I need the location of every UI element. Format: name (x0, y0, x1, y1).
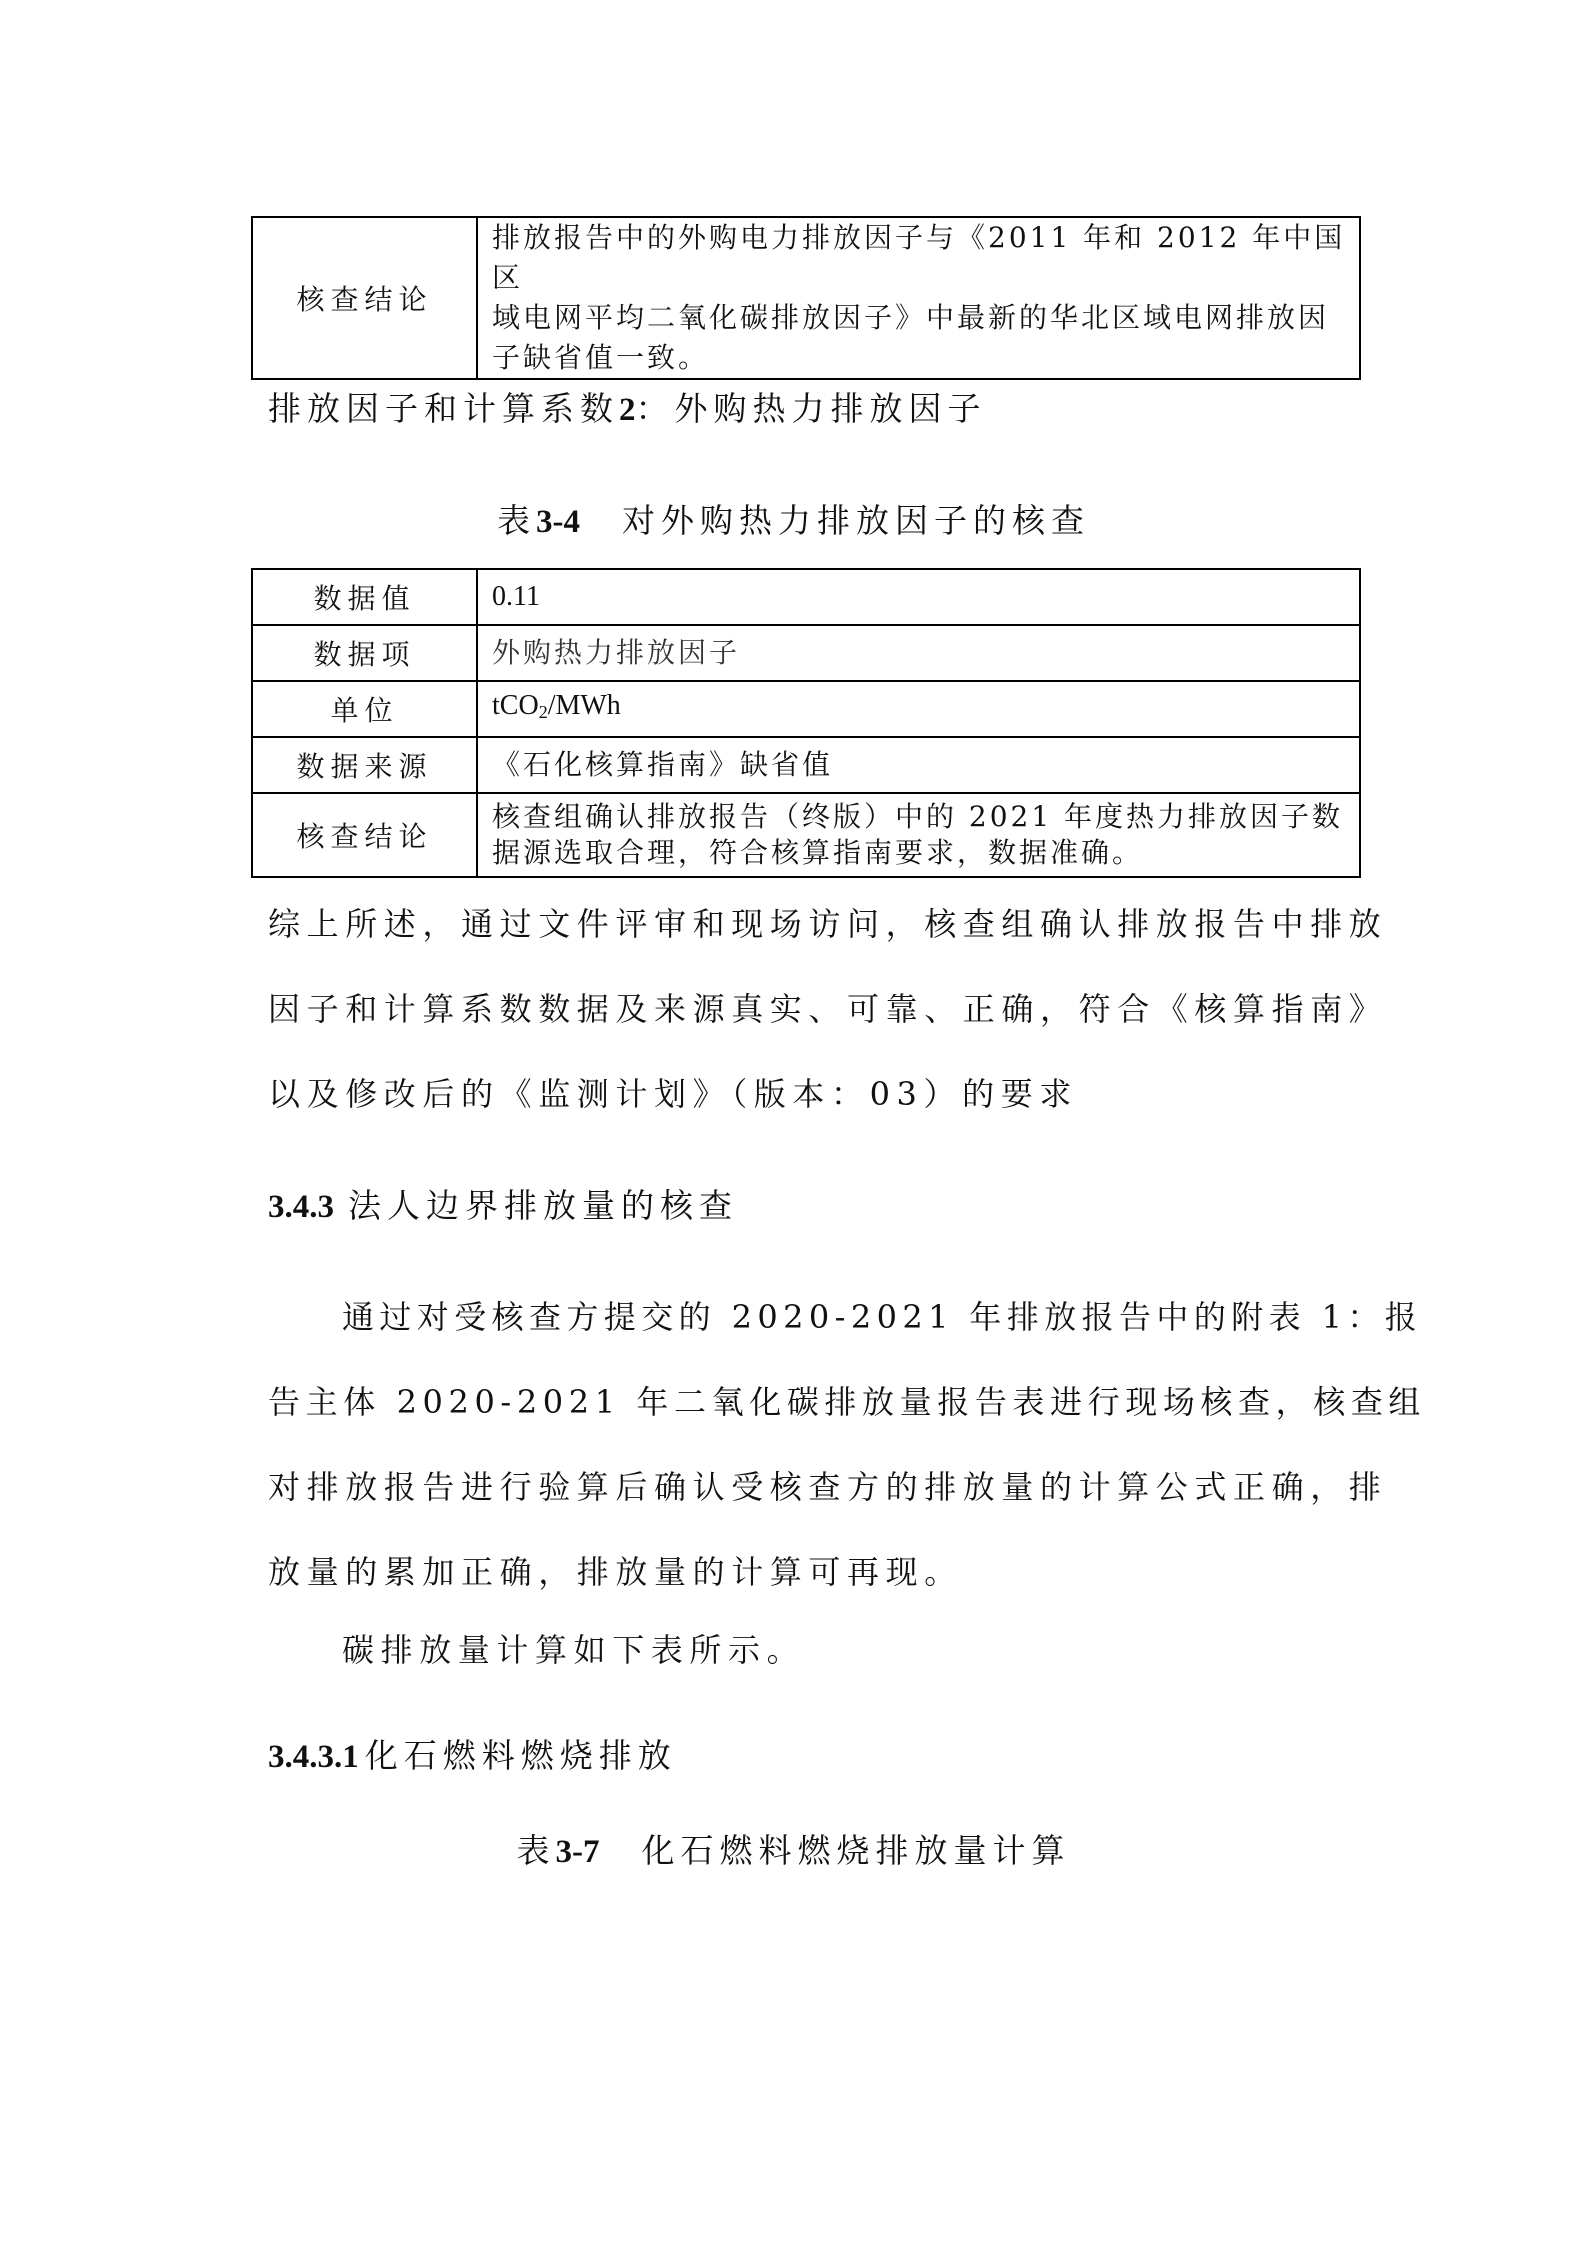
factor-2-heading: 排放因子和计算系数2：外购热力排放因子 (268, 383, 987, 430)
heading-number: 2 (619, 392, 636, 428)
table-row: 数据来源 《石化核算指南》缺省值 (252, 737, 1360, 793)
section-3-4-3-1-heading: 3.4.3.1化石燃料燃烧排放 (268, 1730, 677, 1777)
unit-text: /MWh (548, 690, 621, 721)
caption-title: 对外购热力排放因子的核查 (622, 501, 1090, 540)
table-3-7-caption: 表3-7化石燃料燃烧排放量计算 (0, 1825, 1587, 1872)
value-line: 子缺省值一致。 (492, 338, 1349, 378)
section-paragraph-line-4: 放量的累加正确，排放量的计算可再现。 (268, 1547, 963, 1593)
row-label: 核查结论 (252, 217, 477, 379)
row-value: 外购热力排放因子 (477, 625, 1360, 681)
value-line: 核查组确认排放报告（终版）中的 2021 年度热力排放因子数 (492, 799, 1349, 835)
row-label: 数据值 (252, 569, 477, 625)
heading-text: 排放因子和计算系数 (268, 389, 619, 428)
value-line: 域电网平均二氧化碳排放因子》中最新的华北区域电网排放因 (492, 298, 1349, 338)
section-3-4-3-heading: 3.4.3法人边界排放量的核查 (268, 1180, 738, 1227)
unit-text: tCO (492, 690, 539, 721)
summary-line-2: 因子和计算系数数据及来源真实、可靠、正确，符合《核算指南》 (268, 984, 1387, 1030)
table-3-4-caption: 表3-4对外购热力排放因子的核查 (0, 495, 1587, 542)
section-paragraph-line-1: 通过对受核查方提交的 2020-2021 年排放报告中的附表 1：报 (342, 1292, 1422, 1338)
caption-number: 3-4 (536, 504, 580, 540)
table-row: 单位 tCO2/MWh (252, 681, 1360, 737)
table-row: 核查结论 核查组确认排放报告（终版）中的 2021 年度热力排放因子数 据源选取… (252, 793, 1360, 877)
section-title: 法人边界排放量的核查 (348, 1186, 738, 1225)
caption-number: 3-7 (556, 1834, 600, 1870)
row-label: 数据来源 (252, 737, 477, 793)
value-line: 据源选取合理，符合核算指南要求，数据准确。 (492, 835, 1349, 871)
row-value: tCO2/MWh (477, 681, 1360, 737)
section-title: 化石燃料燃烧排放 (365, 1736, 677, 1775)
row-value: 排放报告中的外购电力排放因子与《2011 年和 2012 年中国区 域电网平均二… (477, 217, 1360, 379)
section-paragraph-line-3: 对排放报告进行验算后确认受核查方的排放量的计算公式正确，排 (268, 1462, 1387, 1508)
summary-line-3: 以及修改后的《监测计划》（版本：03）的要求 (268, 1069, 1078, 1115)
section-paragraph-line-2: 告主体 2020-2021 年二氧化碳排放量报告表进行现场核查，核查组 (268, 1377, 1426, 1423)
caption-title: 化石燃料燃烧排放量计算 (642, 1831, 1071, 1870)
row-value: 0.11 (477, 569, 1360, 625)
value-line: 排放报告中的外购电力排放因子与《2011 年和 2012 年中国区 (492, 218, 1349, 298)
table-row: 核查结论 排放报告中的外购电力排放因子与《2011 年和 2012 年中国区 域… (252, 217, 1360, 379)
section-paragraph-2: 碳排放量计算如下表所示。 (342, 1625, 805, 1671)
section-number: 3.4.3 (268, 1189, 334, 1225)
table-row: 数据项 外购热力排放因子 (252, 625, 1360, 681)
caption-prefix: 表 (497, 501, 536, 540)
unit-subscript: 2 (539, 702, 548, 722)
table-3-4: 数据值 0.11 数据项 外购热力排放因子 单位 tCO2/MWh 数据来源 《… (251, 568, 1361, 878)
row-value: 《石化核算指南》缺省值 (477, 737, 1360, 793)
row-value: 核查组确认排放报告（终版）中的 2021 年度热力排放因子数 据源选取合理，符合… (477, 793, 1360, 877)
caption-prefix: 表 (517, 1831, 556, 1870)
row-label: 单位 (252, 681, 477, 737)
summary-line-1: 综上所述，通过文件评审和现场访问，核查组确认排放报告中排放 (268, 899, 1387, 945)
row-label: 核查结论 (252, 793, 477, 877)
table-row: 数据值 0.11 (252, 569, 1360, 625)
heading-text: ：外购热力排放因子 (636, 389, 987, 428)
table-prev-conclusion: 核查结论 排放报告中的外购电力排放因子与《2011 年和 2012 年中国区 域… (251, 216, 1361, 380)
section-number: 3.4.3.1 (268, 1739, 359, 1775)
row-label: 数据项 (252, 625, 477, 681)
